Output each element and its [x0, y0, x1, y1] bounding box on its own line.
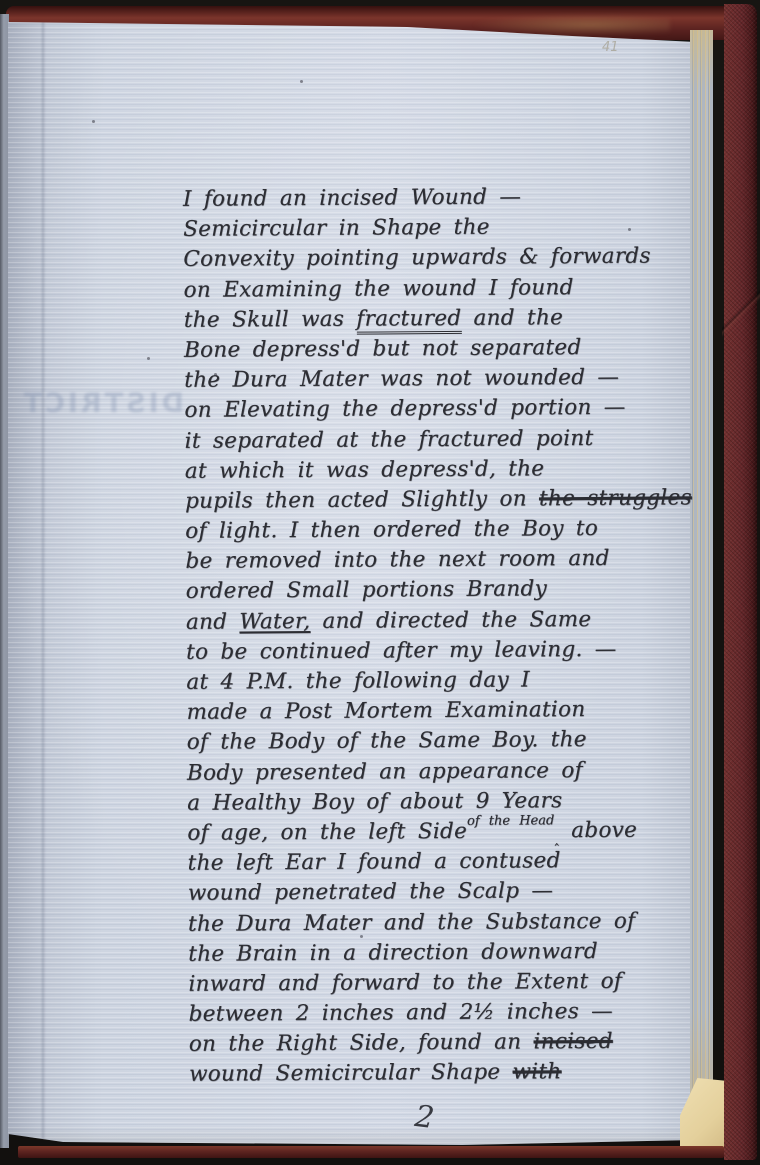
paper-stain [470, 14, 670, 36]
manuscript-segment: the Dura Mater was not wounded — [184, 365, 619, 393]
manuscript-line: and Water, and directed the Same [186, 604, 706, 638]
manuscript-segment: inward and forward to the Extent of [188, 969, 622, 997]
manuscript-line: Body presented an appearance of [187, 755, 707, 789]
manuscript-segment: wound Semicircular Shape [189, 1060, 513, 1087]
manuscript-segment: on Elevating the depress'd portion — [184, 395, 625, 423]
manuscript-line: Bone depress'd but not separated [184, 332, 704, 366]
manuscript-segment: the struggles [539, 485, 692, 511]
manuscript-segment: a Healthy Boy of about 9 Years [187, 788, 562, 816]
manuscript-segment: incised [533, 1029, 612, 1055]
manuscript-line: to be continued after my leaving. — [186, 634, 706, 668]
manuscript-segment: above [559, 818, 637, 844]
manuscript-line: inward and forward to the Extent of [188, 966, 708, 1000]
manuscript-line: the left Ear I found a contused [187, 845, 707, 879]
manuscript-segment: on the Right Side, found an [189, 1030, 534, 1057]
manuscript-line: it separated at the fractured point [185, 423, 705, 457]
manuscript-segment: the left Ear I found a contused [187, 848, 560, 876]
manuscript-segment: it separated at the fractured point [185, 425, 594, 453]
ink-speck [360, 935, 363, 938]
manuscript-line: at 4 P.M. the following day I [186, 664, 706, 698]
ink-speck [628, 228, 631, 231]
manuscript-segment: and directed the Same [310, 607, 591, 634]
manuscript-line: be removed into the next room and [185, 543, 705, 577]
manuscript-segment: at which it was depress'd, the [185, 456, 545, 484]
manuscript-line: I found an incised Wound — [183, 181, 703, 215]
manuscript-segment: Convexity pointing upwards & forwards [183, 244, 651, 272]
manuscript-line: the Skull was fractured and the [184, 302, 704, 336]
manuscript-segment: between 2 inches and 2½ inches — [189, 999, 613, 1027]
manuscript-line: Semicircular in Shape the [183, 211, 703, 245]
manuscript-line: wound Semicircular Shape with [189, 1057, 709, 1091]
manuscript-line: pupils then acted Slightly on the strugg… [185, 483, 705, 517]
manuscript-line: at which it was depress'd, the [185, 453, 705, 487]
book-gutter-edge [0, 14, 9, 1148]
manuscript-segment: Water, [239, 609, 310, 634]
manuscript-segment: of age, on the left Side [187, 819, 467, 846]
manuscript-line: of light. I then ordered the Boy to [185, 513, 705, 547]
book-cover-right-board [724, 4, 757, 1160]
manuscript-line: ordered Small portions Brandy [186, 574, 706, 608]
ink-speck [147, 357, 150, 360]
manuscript-line: wound penetrated the Scalp — [188, 875, 708, 909]
manuscript-line: of the Body of the Same Boy. the [187, 725, 707, 759]
manuscript-segment: ordered Small portions Brandy [186, 577, 548, 605]
manuscript-line: on Examining the wound I found [183, 272, 703, 306]
manuscript-segment: pupils then acted Slightly on [185, 486, 539, 513]
ink-speck [92, 120, 95, 123]
manuscript-segment: made a Post Mortem Examination [186, 697, 585, 725]
manuscript-line: Convexity pointing upwards & forwards [183, 242, 703, 276]
manuscript-line: the Brain in a direction downward [188, 936, 708, 970]
manuscript-segment: the Brain in a direction downward [188, 939, 598, 967]
manuscript-line: a Healthy Boy of about 9 Years [187, 785, 707, 819]
manuscript-scan: DISTRICT 41 I found an incised Wound —Se… [0, 0, 760, 1165]
manuscript-segment: to be continued after my leaving. — [186, 637, 617, 665]
manuscript-segment: I found an incised Wound — [183, 184, 521, 211]
manuscript-segment: and the [461, 305, 563, 331]
ink-speck [214, 373, 217, 376]
manuscript-segment: on Examining the wound I found [183, 275, 573, 303]
manuscript-segment: of the Head [467, 813, 554, 829]
manuscript-segment: the Skull was [184, 306, 357, 332]
manuscript-segment: wound penetrated the Scalp — [188, 879, 554, 907]
manuscript-line: between 2 inches and 2½ inches — [189, 996, 709, 1030]
ink-speck [300, 80, 303, 83]
manuscript-segment: of light. I then ordered the Boy to [185, 516, 598, 544]
manuscript-line: of age, on the left Sideof the Head‸ abo… [187, 815, 707, 849]
manuscript-line: on the Right Side, found an incised [189, 1026, 709, 1060]
manuscript-text: I found an incised Wound —Semicircular i… [183, 181, 709, 1090]
manuscript-segment: Body presented an appearance of [187, 758, 583, 786]
manuscript-segment: Bone depress'd but not separated [184, 335, 582, 363]
book-cover-bottom-edge [18, 1146, 724, 1158]
manuscript-segment: and [186, 609, 240, 634]
manuscript-segment: of the Body of the Same Boy. the [187, 727, 587, 755]
manuscript-line: on Elevating the depress'd portion — [184, 393, 704, 427]
manuscript-segment: be removed into the next room and [185, 546, 609, 574]
folio-number: 41 [602, 40, 619, 55]
manuscript-segment: with [512, 1060, 561, 1085]
manuscript-line: made a Post Mortem Examination [186, 694, 706, 728]
manuscript-segment: fractured [356, 306, 461, 335]
ink-showthrough-text: DISTRICT [24, 388, 184, 419]
manuscript-line: the Dura Mater and the Substance of [188, 906, 708, 940]
manuscript-segment: at 4 P.M. the following day I [186, 667, 530, 694]
manuscript-segment: the Dura Mater and the Substance of [188, 908, 636, 936]
manuscript-segment: Semicircular in Shape the [183, 215, 490, 242]
manuscript-line: the Dura Mater was not wounded — [184, 362, 704, 396]
